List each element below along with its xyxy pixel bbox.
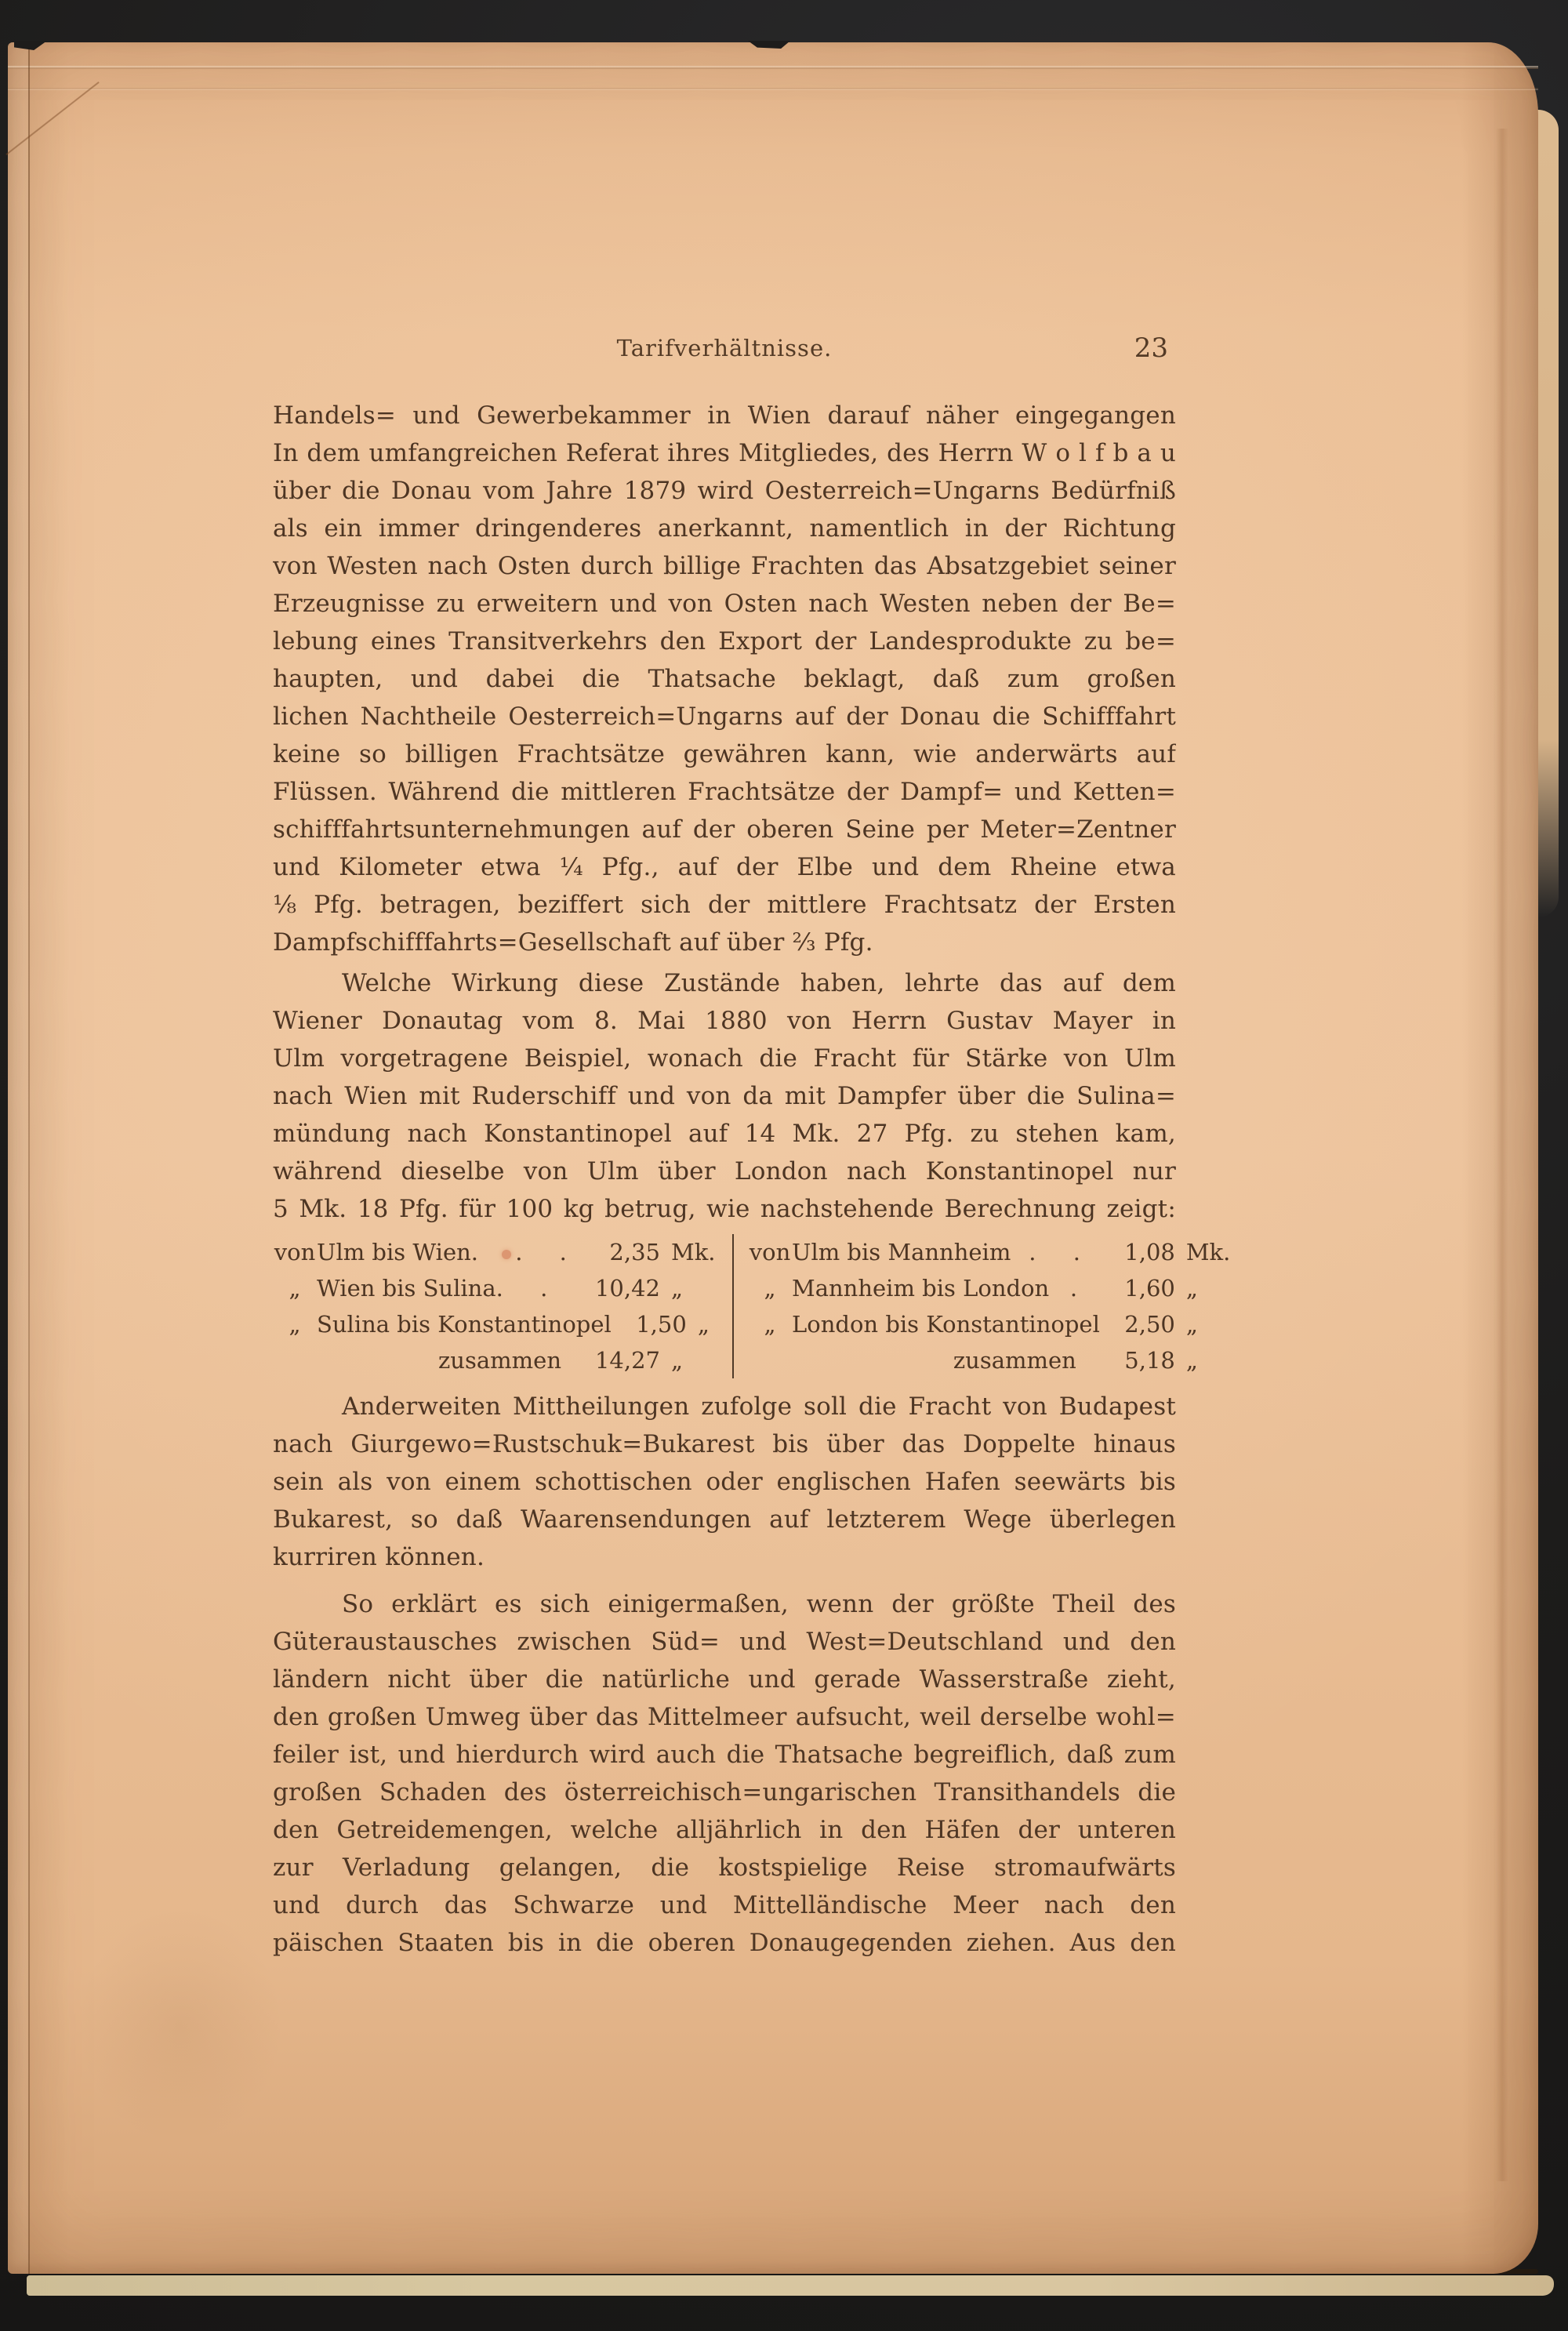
text-line: ⅛ Pfg. betragen, beziffert sich der mitt… <box>273 886 1176 924</box>
route-value: 1,50 <box>612 1306 687 1342</box>
text-line: lebung eines Transitverkehrs den Export … <box>273 623 1176 660</box>
freight-cost-table: von Ulm bis Wien . . . . 2,35 Mk. „ Wien… <box>273 1234 1176 1378</box>
text-line: Welche Wirkung diese Zustände haben, leh… <box>273 964 1176 1002</box>
table-row: „ London bis Konstantinopel 2,50 „ <box>748 1306 1236 1342</box>
text-line: mündung nach Konstantinopel auf 14 Mk. 2… <box>273 1115 1176 1153</box>
text-line: Anderweiten Mittheilungen zufolge soll d… <box>273 1388 1176 1425</box>
table-total-row: zusammen 5,18 „ <box>748 1342 1236 1378</box>
total-unit: „ <box>660 1342 721 1378</box>
route-prefix: von <box>748 1234 792 1270</box>
total-value: 5,18 <box>1100 1342 1175 1378</box>
route-label: Ulm bis Wien <box>317 1234 471 1270</box>
text-block: Tarifverhältnisse. 23 Handels= und Gewer… <box>273 332 1176 1962</box>
text-line: keine so billigen Frachtsätze gewähren k… <box>273 735 1176 773</box>
route-label: Ulm bis Mannheim <box>792 1234 1011 1270</box>
page-header-title: Tarifverhältnisse. <box>273 332 1176 364</box>
text-line: nach Wien mit Ruderschiff und von da mit… <box>273 1077 1176 1115</box>
table-column-right: von Ulm bis Mannheim . . 1,08 Mk. „ Mann… <box>732 1234 1236 1378</box>
paragraph-2: Welche Wirkung diese Zustände haben, leh… <box>273 964 1176 1228</box>
right-edge-shading <box>1496 129 1508 2181</box>
text-line: Flüssen. Während die mittleren Frachtsät… <box>273 773 1176 811</box>
paragraph-3: Anderweiten Mittheilungen zufolge soll d… <box>273 1388 1176 1576</box>
text-line: lichen Nachtheile Oesterreich=Ungarns au… <box>273 698 1176 735</box>
text-line: Handels= und Gewerbekammer in Wien darau… <box>273 397 1176 434</box>
text-line: während dieselbe von Ulm über London nac… <box>273 1153 1176 1190</box>
table-total-row: zusammen 14,27 „ <box>273 1342 721 1378</box>
text-line: als ein immer dringenderes anerkannt, na… <box>273 510 1176 547</box>
table-row: von Ulm bis Mannheim . . 1,08 Mk. <box>748 1234 1236 1270</box>
page-edge-underlay-bottom <box>27 2275 1554 2296</box>
route-value: 1,60 <box>1100 1270 1175 1306</box>
book-page: Tarifverhältnisse. 23 Handels= und Gewer… <box>8 42 1538 2274</box>
table-row: von Ulm bis Wien . . . . 2,35 Mk. <box>273 1234 721 1270</box>
table-row: „ Wien bis Sulina . . . 10,42 „ <box>273 1270 721 1306</box>
top-crease-line <box>8 66 1538 69</box>
route-value: 2,50 <box>1100 1306 1175 1342</box>
route-unit: Mk. <box>660 1234 721 1270</box>
scan-background: Tarifverhältnisse. 23 Handels= und Gewer… <box>0 0 1568 2331</box>
running-header: Tarifverhältnisse. 23 <box>273 332 1176 364</box>
total-label: zusammen <box>438 1342 561 1378</box>
route-prefix: „ <box>273 1306 317 1342</box>
text-line: sein als von einem schottischen oder eng… <box>273 1463 1176 1501</box>
text-line: zur Verladung gelangen, die kostspielige… <box>273 1849 1176 1886</box>
route-value: 1,08 <box>1100 1234 1175 1270</box>
body-text: Handels= und Gewerbekammer in Wien darau… <box>273 397 1176 1962</box>
text-line: Güteraustausches zwischen Süd= und West=… <box>273 1623 1176 1661</box>
table-row: „ Sulina bis Konstantinopel 1,50 „ <box>273 1306 721 1342</box>
route-prefix: von <box>273 1234 317 1270</box>
text-line: Erzeugnisse zu erweitern und von Osten n… <box>273 585 1176 623</box>
text-line: 5 Mk. 18 Pfg. für 100 kg betrug, wie nac… <box>273 1190 1176 1228</box>
text-line: feiler ist, und hierdurch wird auch die … <box>273 1736 1176 1774</box>
top-crease-line-2 <box>8 88 1538 90</box>
route-label: Sulina bis Konstantinopel <box>317 1306 612 1342</box>
text-line: päischen Staaten bis in die oberen Donau… <box>273 1924 1176 1962</box>
text-line: und durch das Schwarze und Mittelländisc… <box>273 1886 1176 1924</box>
route-unit: „ <box>660 1270 721 1306</box>
text-line: Ulm vorgetragene Beispiel, wonach die Fr… <box>273 1040 1176 1077</box>
route-label: Wien bis Sulina <box>317 1270 496 1306</box>
route-unit: Mk. <box>1175 1234 1236 1270</box>
route-prefix: „ <box>748 1306 792 1342</box>
text-line: den Getreidemengen, welche alljährlich i… <box>273 1811 1176 1849</box>
dot-leader: . . . <box>496 1270 585 1306</box>
left-fold-line <box>28 42 30 2274</box>
corner-crease <box>5 82 99 155</box>
text-line: ländern nicht über die natürliche und ge… <box>273 1661 1176 1698</box>
text-line: Wiener Donautag vom 8. Mai 1880 von Herr… <box>273 1002 1176 1040</box>
dot-leader: . . . . <box>471 1234 585 1270</box>
top-edge-tear <box>748 41 790 49</box>
text-line: haupten, und dabei die Thatsache beklagt… <box>273 660 1176 698</box>
text-line: den großen Umweg über das Mittelmeer auf… <box>273 1698 1176 1736</box>
route-value: 10,42 <box>585 1270 660 1306</box>
text-line: So erklärt es sich einigermaßen, wenn de… <box>273 1585 1176 1623</box>
route-prefix: „ <box>273 1270 317 1306</box>
text-line: und Kilometer etwa ¼ Pfg., auf der Elbe … <box>273 848 1176 886</box>
dot-leader: . <box>1049 1270 1100 1306</box>
route-prefix: „ <box>748 1270 792 1306</box>
text-line: von Westen nach Osten durch billige Frac… <box>273 547 1176 585</box>
route-label: London bis Konstantinopel <box>792 1306 1100 1342</box>
total-label: zusammen <box>953 1342 1076 1378</box>
paragraph-4: So erklärt es sich einigermaßen, wenn de… <box>273 1585 1176 1962</box>
text-line: über die Donau vom Jahre 1879 wird Oeste… <box>273 472 1176 510</box>
total-value: 14,27 <box>585 1342 660 1378</box>
dot-leader: . . <box>1011 1234 1100 1270</box>
table-row: „ Mannheim bis London . 1,60 „ <box>748 1270 1236 1306</box>
page-number: 23 <box>1134 332 1168 364</box>
paragraph-1: Handels= und Gewerbekammer in Wien darau… <box>273 397 1176 961</box>
route-label: Mannheim bis London <box>792 1270 1049 1306</box>
text-line: In dem umfangreichen Referat ihres Mitgl… <box>273 434 1176 472</box>
table-column-left: von Ulm bis Wien . . . . 2,35 Mk. „ Wien… <box>273 1234 732 1378</box>
corner-tear <box>14 41 47 50</box>
text-line: nach Giurgewo=Rustschuk=Bukarest bis übe… <box>273 1425 1176 1463</box>
text-line: Dampfschifffahrts=Gesellschaft auf über … <box>273 924 1176 961</box>
paper-stain <box>78 1908 282 2144</box>
text-line: Bukarest, so daß Waarensendungen auf let… <box>273 1501 1176 1538</box>
route-value: 2,35 <box>585 1234 660 1270</box>
text-line: kurriren können. <box>273 1538 1176 1576</box>
total-unit: „ <box>1175 1342 1236 1378</box>
text-line: schifffahrtsunternehmungen auf der obere… <box>273 811 1176 848</box>
route-unit: „ <box>1175 1270 1236 1306</box>
text-line: großen Schaden des österreichisch=ungari… <box>273 1774 1176 1811</box>
route-unit: „ <box>1175 1306 1236 1342</box>
